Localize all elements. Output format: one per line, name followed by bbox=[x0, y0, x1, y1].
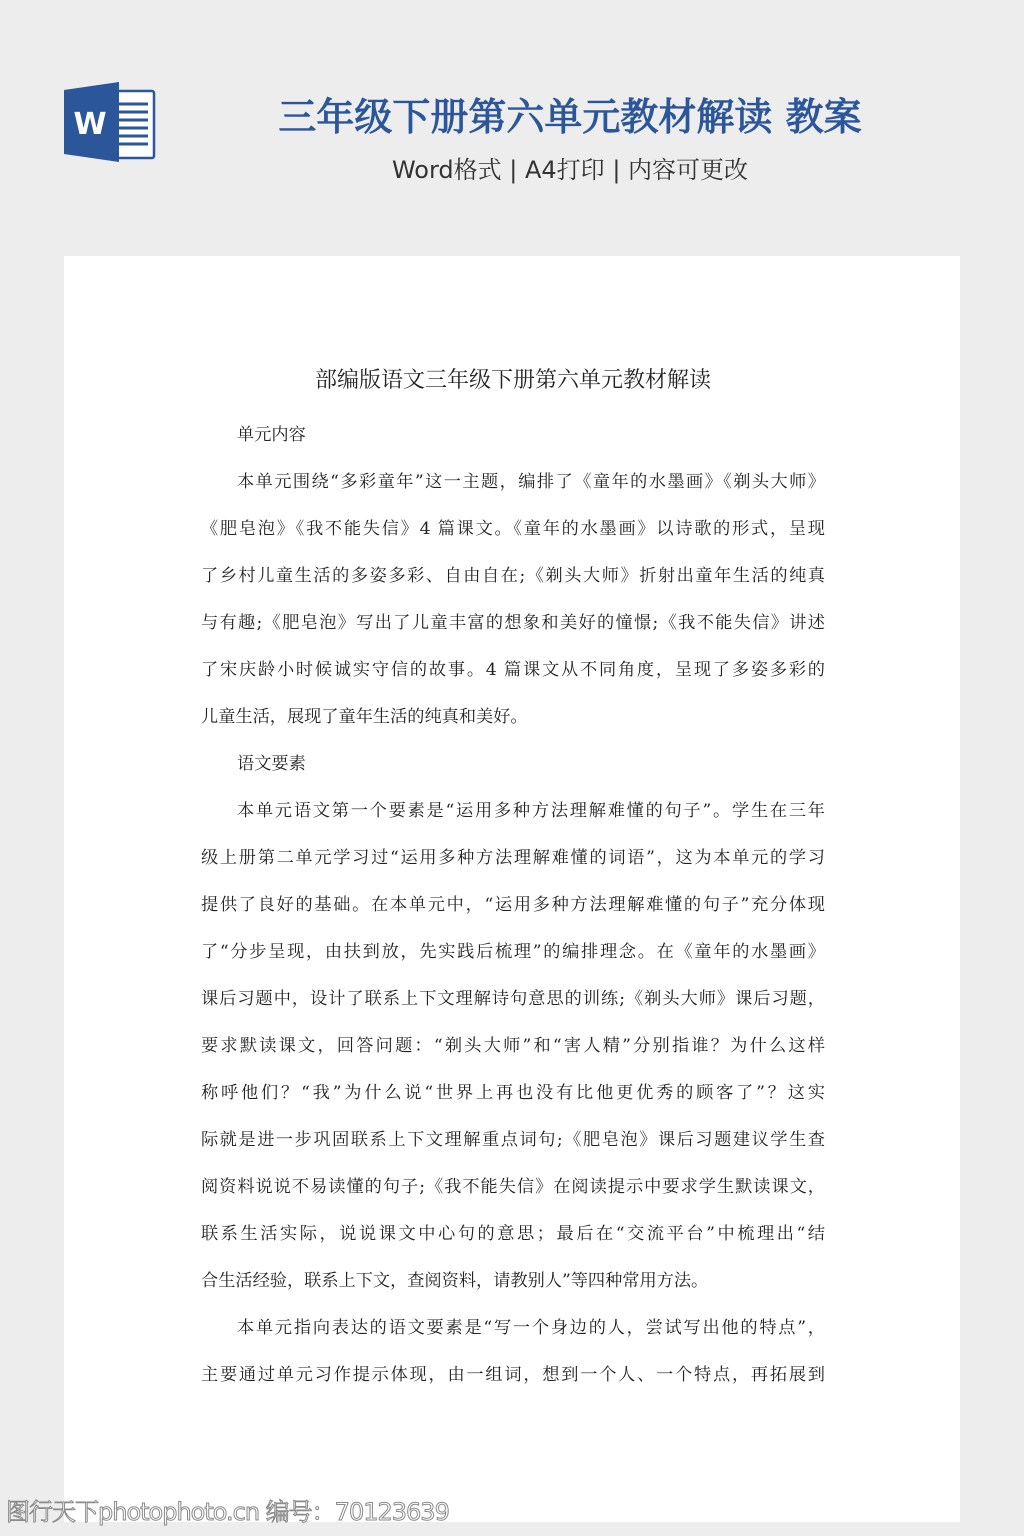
document-lines: 单元内容本单元围绕“多彩童年”这一主题，编排了《童年的水墨画》《剃头大师》《肥皂… bbox=[201, 412, 825, 1399]
paragraph-line: 本单元指向表达的语文要素是“写一个身边的人，尝试写出他的特点”， bbox=[201, 1305, 825, 1352]
word-document-icon: W bbox=[64, 82, 156, 162]
header-banner: W 三年级下册第六单元教材解读 教案 Word格式 | A4打印 | 内容可更改 bbox=[0, 0, 1024, 256]
paragraph-line: 提供了良好的基础。在本单元中，“运用多种方法理解难懂的句子”充分体现 bbox=[201, 882, 825, 929]
page-title: 三年级下册第六单元教材解读 教案 bbox=[190, 92, 950, 142]
section-heading: 单元内容 bbox=[201, 412, 825, 459]
paragraph-line: 课后习题中，设计了联系上下文理解诗句意思的训练;《剃头大师》课后习题， bbox=[201, 976, 825, 1023]
document-page: 部编版语文三年级下册第六单元教材解读 单元内容本单元围绕“多彩童年”这一主题，编… bbox=[64, 256, 960, 1522]
paragraph-line: 联系生活实际，说说课文中心句的意思；最后在“交流平台”中梳理出“结 bbox=[201, 1211, 825, 1258]
paragraph-line: 称呼他们？“我”为什么说“世界上再也没有比他更优秀的顾客了”？这实 bbox=[201, 1070, 825, 1117]
paragraph-line: 了“分步呈现，由扶到放，先实践后梳理”的编排理念。在《童年的水墨画》 bbox=[201, 929, 825, 976]
paragraph-line: 《肥皂泡》《我不能失信》4 篇课文。《童年的水墨画》以诗歌的形式，呈现 bbox=[201, 506, 825, 553]
paragraph-line: 主要通过单元习作提示体现，由一组词，想到一个人、一个特点，再拓展到 bbox=[201, 1352, 825, 1399]
paragraph-line: 本单元围绕“多彩童年”这一主题，编排了《童年的水墨画》《剃头大师》 bbox=[201, 459, 825, 506]
paragraph-line: 了宋庆龄小时候诚实守信的故事。4 篇课文从不同角度，呈现了多姿多彩的 bbox=[201, 647, 825, 694]
paragraph-line: 了乡村儿童生活的多姿多彩、自由自在;《剃头大师》折射出童年生活的纯真 bbox=[201, 553, 825, 600]
paragraph-line: 际就是进一步巩固联系上下文理解重点词句;《肥皂泡》课后习题建议学生查 bbox=[201, 1117, 825, 1164]
paragraph-line: 要求默读课文，回答问题：“剃头大师”和“害人精”分别指谁？为什么这样 bbox=[201, 1023, 825, 1070]
document-body: 部编版语文三年级下册第六单元教材解读 单元内容本单元围绕“多彩童年”这一主题，编… bbox=[201, 364, 825, 1399]
paragraph-line: 阅资料说说不易读懂的句子;《我不能失信》在阅读提示中要求学生默读课文， bbox=[201, 1164, 825, 1211]
paragraph-line: 本单元语文第一个要素是“运用多种方法理解难懂的句子”。学生在三年 bbox=[201, 788, 825, 835]
section-heading: 语文要素 bbox=[201, 741, 825, 788]
document-title: 部编版语文三年级下册第六单元教材解读 bbox=[201, 364, 825, 398]
paragraph-line: 与有趣;《肥皂泡》写出了儿童丰富的想象和美好的憧憬;《我不能失信》讲述 bbox=[201, 600, 825, 647]
paragraph-line: 级上册第二单元学习过“运用多种方法理解难懂的词语”，这为本单元的学习 bbox=[201, 835, 825, 882]
page-subtitle: Word格式 | A4打印 | 内容可更改 bbox=[190, 152, 950, 188]
paragraph-line: 合生活经验，联系上下文，查阅资料，请教别人”等四种常用方法。 bbox=[201, 1258, 825, 1305]
watermark: 图行天下photophoto.cn 编号：70123639 bbox=[6, 1492, 449, 1527]
paragraph-line: 儿童生活，展现了童年生活的纯真和美好。 bbox=[201, 694, 825, 741]
svg-text:W: W bbox=[73, 107, 106, 142]
